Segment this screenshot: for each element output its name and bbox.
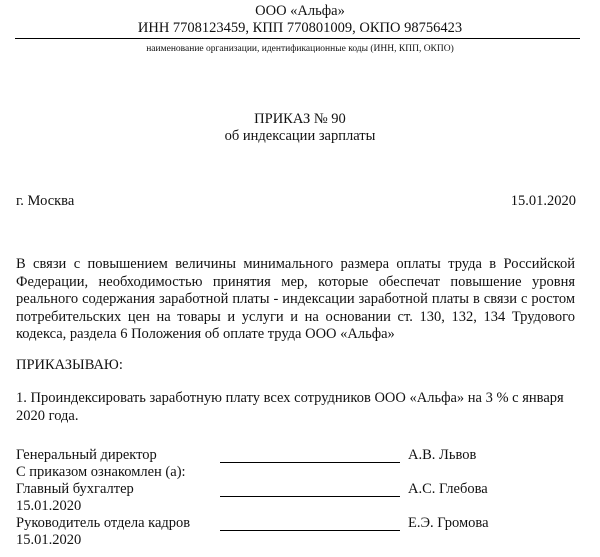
signature-line xyxy=(220,496,400,497)
signer-role: Главный бухгалтер xyxy=(16,480,134,498)
header-caption: наименование организации, идентификацион… xyxy=(0,43,600,55)
order-item: 1. Проиндексировать заработную плату все… xyxy=(16,390,576,425)
signature-row-director: Генеральный директор А.В. Львов xyxy=(16,446,586,464)
signature-row-hr-head: Руководитель отдела кадров Е.Э. Громова xyxy=(16,514,586,532)
preamble-paragraph: В связи с повышением величины минимально… xyxy=(16,256,575,344)
organization-codes: ИНН 7708123459, КПП 770801009, ОКПО 9875… xyxy=(0,19,600,37)
order-verb: ПРИКАЗЫВАЮ: xyxy=(16,356,123,374)
signature-date: 15.01.2020 xyxy=(16,531,81,549)
order-subject: об индексации зарплаты xyxy=(0,127,600,145)
signer-name: А.В. Львов xyxy=(408,446,476,464)
organization-name: ООО «Альфа» xyxy=(0,2,600,20)
order-date: 15.01.2020 xyxy=(511,192,576,210)
acknowledged-label: С приказом ознакомлен (а): xyxy=(16,463,186,481)
signer-name: Е.Э. Громова xyxy=(408,514,489,532)
order-title: ПРИКАЗ № 90 xyxy=(0,110,600,128)
city: г. Москва xyxy=(16,192,74,210)
signer-role: Генеральный директор xyxy=(16,446,157,464)
signer-name: А.С. Глебова xyxy=(408,480,488,498)
signature-date: 15.01.2020 xyxy=(16,497,81,515)
signer-role: Руководитель отдела кадров xyxy=(16,514,190,532)
signature-row-accountant: Главный бухгалтер А.С. Глебова xyxy=(16,480,586,498)
signature-line xyxy=(220,462,400,463)
signature-line xyxy=(220,530,400,531)
header-divider xyxy=(15,38,580,39)
